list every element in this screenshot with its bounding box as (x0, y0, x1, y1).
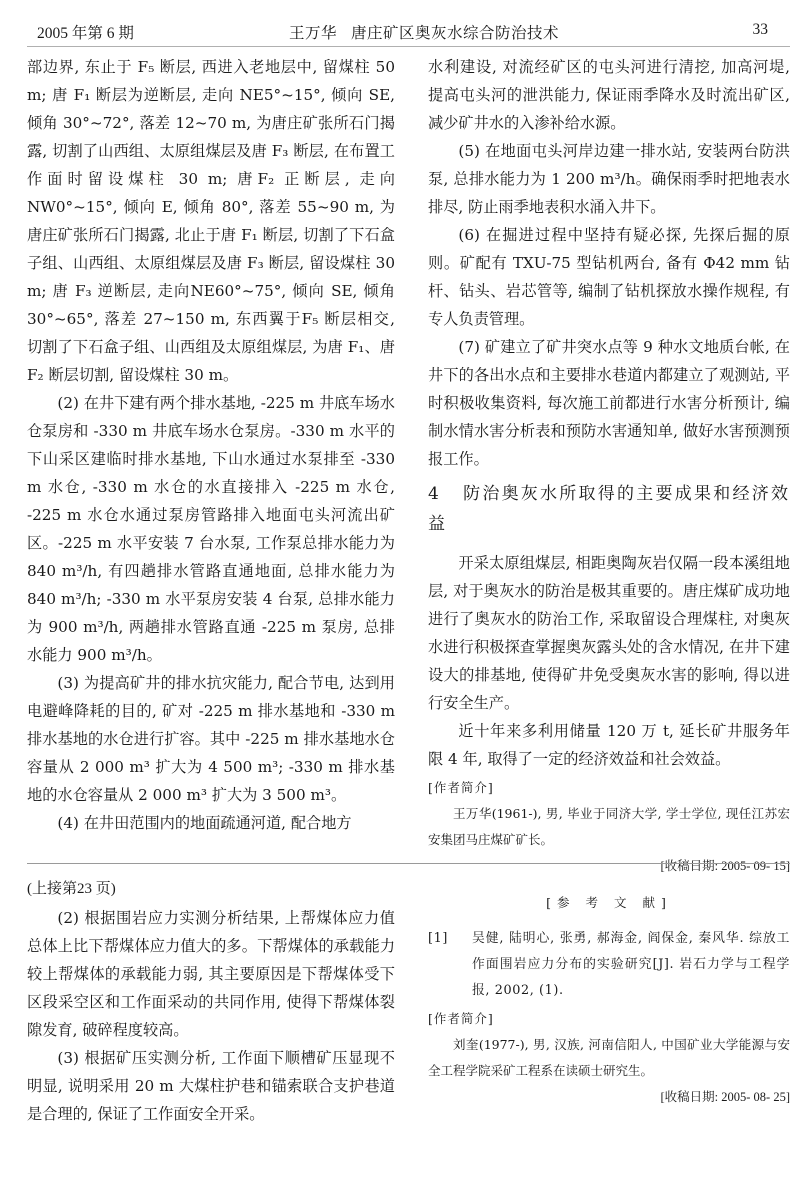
paragraph-item-4: (4) 在井田范围内的地面疏通河道, 配合地方 (27, 809, 395, 837)
running-title: 王万华唐庄矿区奥灰水综合防治技术 (289, 21, 559, 43)
paragraph-conclusion-2: (2) 根据围岩应力实测分析结果, 上帮煤体应力值总体上比下帮煤体应力值大的多。… (27, 904, 395, 1044)
continued-from-note: (上接第23 页) (27, 874, 395, 904)
left-column-top: 部边界, 东止于 F₅ 断层, 西进入老地层中, 留煤柱 50 m; 唐 F₁ … (27, 53, 395, 837)
section-heading: 4防治奥灰水所取得的主要成果和经济效益 (428, 479, 790, 539)
running-header: 2005 年第 6 期 王万华唐庄矿区奥灰水综合防治技术 33 (27, 18, 790, 47)
paragraph-item-4-continued: 水利建设, 对流经矿区的屯头河进行清挖, 加高河堤, 提高屯头河的泄洪能力, 保… (428, 53, 790, 137)
paragraph-fault-description: 部边界, 东止于 F₅ 断层, 西进入老地层中, 留煤柱 50 m; 唐 F₁ … (27, 53, 395, 389)
reference-text: 吴健, 陆明心, 张勇, 郝海金, 阎保金, 秦风华. 综放工作面围岩应力分布的… (472, 926, 790, 1004)
article-title: 唐庄矿区奥灰水综合防治技术 (351, 25, 559, 42)
paragraph-economic-benefit: 近十年来多利用储量 120 万 t, 延长矿井服务年限 4 年, 取得了一定的经… (428, 717, 790, 773)
received-date: [收稿日期: 2005- 08- 25] (428, 1084, 790, 1110)
paragraph-item-6: (6) 在掘进过程中坚持有疑必探, 先探后掘的原则。矿配有 TXU-75 型钻机… (428, 221, 790, 333)
right-column-top: 水利建设, 对流经矿区的屯头河进行清挖, 加高河堤, 提高屯头河的泄洪能力, 保… (428, 53, 790, 879)
right-column-bottom: [参 考 文 献] [1] 吴健, 陆明心, 张勇, 郝海金, 阎保金, 秦风华… (428, 890, 790, 1110)
author-bio-label: [作者简介] (428, 1006, 790, 1032)
references-title: [参 考 文 献] (428, 890, 790, 916)
received-date: [收稿日期: 2005- 09- 15] (428, 853, 790, 879)
paragraph-results: 开采太原组煤层, 相距奥陶灰岩仅隔一段本溪组地层, 对于奥灰水的防治是极其重要的… (428, 549, 790, 717)
page-number: 33 (753, 21, 769, 39)
paragraph-item-5: (5) 在地面屯头河岸边建一排水站, 安装两台防洪泵, 总排水能力为 1 200… (428, 137, 790, 221)
author-bio-label: [作者简介] (428, 775, 790, 801)
article-divider (27, 863, 790, 864)
running-author: 王万华 (289, 25, 337, 42)
paragraph-item-2: (2) 在井下建有两个排水基地, -225 m 井底车场水仓泵房和 -330 m… (27, 389, 395, 669)
paragraph-item-7: (7) 矿建立了矿井突水点等 9 种水文地质台帐, 在井下的各出水点和主要排水巷… (428, 333, 790, 473)
journal-issue: 2005 年第 6 期 (37, 21, 134, 43)
reference-item: [1] 吴健, 陆明心, 张勇, 郝海金, 阎保金, 秦风华. 综放工作面围岩应… (428, 926, 790, 1004)
author-bio: 王万华(1961-), 男, 毕业于同济大学, 学士学位, 现任江苏宏安集团马庄… (428, 801, 790, 853)
paragraph-item-3: (3) 为提高矿井的排水抗灾能力, 配合节电, 达到用电避峰降耗的目的, 矿对 … (27, 669, 395, 809)
section-number: 4 (428, 484, 441, 504)
author-bio: 刘奎(1977-), 男, 汉族, 河南信阳人, 中国矿业大学能源与安全工程学院… (428, 1032, 790, 1084)
paragraph-conclusion-3: (3) 根据矿压实测分析, 工作面下顺槽矿压显现不明显, 说明采用 20 m 大… (27, 1044, 395, 1128)
section-title: 防治奥灰水所取得的主要成果和经济效益 (428, 484, 790, 534)
reference-number: [1] (428, 926, 472, 1004)
left-column-bottom: (上接第23 页) (2) 根据围岩应力实测分析结果, 上帮煤体应力值总体上比下… (27, 874, 395, 1128)
